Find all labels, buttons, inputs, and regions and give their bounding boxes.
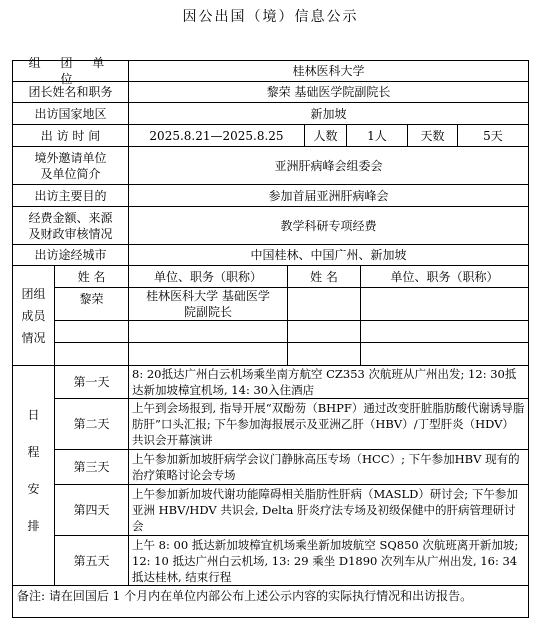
- country-value: 新加坡: [128, 102, 529, 125]
- leader-label: 团长姓名和职务: [12, 81, 129, 103]
- group-unit-value: 桂林医科大学: [128, 60, 529, 82]
- members-section-label: 团组 成员 情况: [12, 265, 55, 366]
- members-label-2: 成员: [21, 308, 45, 324]
- people-value: 1人: [346, 124, 408, 147]
- member-row-3-name2: [287, 342, 361, 366]
- cities-label: 出访途经城市: [12, 244, 129, 266]
- schedule-label-3: 安: [27, 481, 39, 497]
- days-label: 天数: [407, 124, 458, 147]
- schedule-label-4: 排: [27, 518, 39, 534]
- day-4-text: 上午参加新加坡代谢功能障碍相关脂肪性肝病（MASLD）研讨会; 下午参加亚洲 H…: [128, 484, 529, 536]
- member-row-1-unit2: [360, 287, 529, 321]
- group-unit-label: 组 团 单 位: [12, 60, 129, 82]
- inviter-label-line1: 境外邀请单位: [34, 150, 106, 166]
- funding-label: 经费金额、来源 及财政审核情况: [12, 206, 129, 245]
- member-row-2-name1: [54, 320, 129, 343]
- day-5-text: 上午 8: 00 抵达新加坡樟宜机场乘坐新加坡航空 SQ850 次航班离开新加坡…: [128, 535, 529, 586]
- day-4-label: 第四天: [54, 484, 129, 536]
- people-label: 人数: [304, 124, 347, 147]
- member-row-2-name2: [287, 320, 361, 343]
- member-row-2-unit2: [360, 320, 529, 343]
- page-title: 因公出国（境）信息公示: [0, 6, 541, 26]
- member-row-1-name2: [287, 287, 361, 321]
- member-row-1-unit1: 桂林医科大学 基础医学院副院长: [128, 287, 288, 321]
- day-5-label: 第五天: [54, 535, 129, 586]
- member-row-3-name1: [54, 342, 129, 366]
- member-row-1-name1: 黎荣: [54, 287, 129, 321]
- day-3-label: 第三天: [54, 449, 129, 485]
- members-header-name2: 姓 名: [287, 265, 361, 288]
- inviter-label: 境外邀请单位 及单位简介: [12, 146, 129, 185]
- leader-value: 黎荣 基础医学院副院长: [128, 81, 529, 103]
- day-1-label: 第一天: [54, 365, 129, 399]
- day-1-text: 8: 20抵达广州白云机场乘坐南方航空 CZ353 次航班从广州出发; 12: …: [128, 365, 529, 399]
- members-header-unit1: 单位、职务（职称）: [128, 265, 288, 288]
- day-2-label: 第二天: [54, 398, 129, 450]
- day-3-text: 上午参加新加坡肝病学会议门静脉高压专场（HCC）; 下午参加HBV 现有的治疗策…: [128, 449, 529, 485]
- member-row-2-unit1: [128, 320, 288, 343]
- purpose-value: 参加首届亚洲肝病峰会: [128, 184, 529, 207]
- member-row-3-unit2: [360, 342, 529, 366]
- time-value: 2025.8.21—2025.8.25: [128, 124, 305, 147]
- inviter-label-line2: 及单位简介: [40, 166, 100, 182]
- schedule-section-label: 日 程 安 排: [12, 365, 55, 586]
- schedule-label-1: 日: [27, 407, 39, 423]
- purpose-label: 出访主要目的: [12, 184, 129, 207]
- members-label-1: 团组: [21, 286, 45, 302]
- inviter-value: 亚洲肝病峰会组委会: [128, 146, 529, 185]
- cities-value: 中国桂林、中国广州、新加坡: [128, 244, 529, 266]
- members-header-name1: 姓 名: [54, 265, 129, 288]
- members-label-3: 情况: [21, 330, 45, 346]
- funding-label-line1: 经费金额、来源: [28, 210, 112, 226]
- members-header-unit2: 单位、职务（职称）: [360, 265, 529, 288]
- funding-label-line2: 及财政审核情况: [28, 226, 112, 242]
- country-label: 出访国家地区: [12, 102, 129, 125]
- schedule-label-2: 程: [27, 444, 39, 460]
- day-2-text: 上午到会场报到, 指导开展“双酚芴（BHPF）通过改变肝脏脂肪酸代谢诱导脂肪肝”…: [128, 398, 529, 450]
- member-row-3-unit1: [128, 342, 288, 366]
- note-text: 备注: 请在回国后 1 个月内在单位内部公布上述公示内容的实际执行情况和出访报告…: [17, 588, 472, 604]
- note: 备注: 请在回国后 1 个月内在单位内部公布上述公示内容的实际执行情况和出访报告…: [12, 585, 529, 618]
- days-value: 5天: [457, 124, 529, 147]
- funding-value: 教学科研专项经费: [128, 206, 529, 245]
- time-label: 出 访 时 间: [12, 124, 129, 147]
